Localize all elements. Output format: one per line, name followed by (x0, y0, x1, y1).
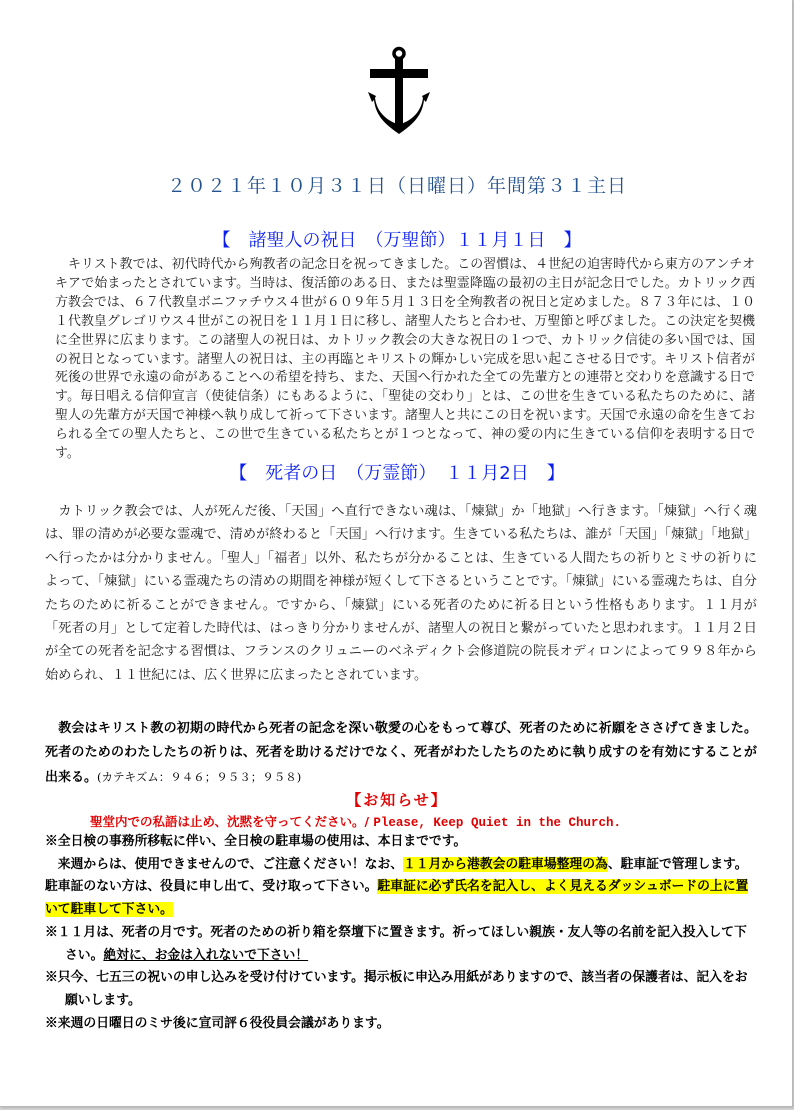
notice-item-parking-permit: 来週からは、使用できませんので、ご注意ください！なお、１１月から港教会の駐車場整… (45, 854, 757, 922)
prayer-box-warning: 絶対に、お金は入れないで下さい！ (103, 948, 308, 963)
all-souls-body: カトリック教会では、人が死んだ後、「天国」へ直行できない魂は、「煉獄」か「地獄」… (45, 500, 757, 687)
catechism-reference: (カテキズム：９４６；９５３；９５８) (97, 770, 301, 784)
document-page: ２０２１年１０月３１日（日曜日）年間第３１主日 【 諸聖人の祝日 （万聖節）１１… (0, 0, 793, 1107)
all-saints-body: キリスト教では、初代時代から殉教者の記念日を祝ってきました。この習慣は、４世紀の… (55, 256, 755, 464)
notice-item-parking-closure: ※全日検の事務所移転に伴い、全日検の駐車場の使用は、本日までです。 (45, 831, 757, 854)
notice-item-prayer-box: ※１１月は、死者の月です。死者のための祈り箱を祭壇下に置きます。祈ってほしい親族… (45, 922, 757, 967)
notices-title: 【お知らせ】 (0, 790, 794, 810)
date-title: ２０２１年１０月３１日（日曜日）年間第３１主日 (0, 174, 794, 198)
notices-list: ※全日検の事務所移転に伴い、全日検の駐車場の使用は、本日までです。 来週からは、… (45, 831, 757, 1035)
catechism-paragraph: 教会はキリスト教の初期の時代から死者の記念を深い敬愛の心をもって尊び、死者のため… (45, 717, 757, 790)
notice-item-meeting: ※来週の日曜日のミサ後に宣司評６役役員会議があります。 (45, 1013, 757, 1036)
quiet-request-en: Please, Keep Quiet in the Church. (373, 816, 621, 830)
anchor-icon (368, 46, 430, 138)
notice-item-shichigosan: ※只今、七五三の祝いの申し込みを受け付けています。掲示板に申込み用紙がありますの… (45, 967, 757, 1012)
section-title-all-saints: 【 諸聖人の祝日 （万聖節）１１月１日 】 (0, 230, 794, 252)
quiet-request-jp: 聖堂内での私語は止め、沈黙を守ってください。/ (90, 814, 373, 829)
section-title-all-souls: 【 死者の日 （万霊節） １１月2日 】 (0, 463, 794, 485)
parking-permit-text-1: 来週からは、使用できませんので、ご注意ください！なお、 (45, 857, 403, 872)
parking-permit-highlight-1: １１月から港教会の駐車場整理の為 (403, 857, 608, 872)
quiet-request: 聖堂内での私語は止め、沈黙を守ってください。/ Please, Keep Qui… (90, 813, 621, 832)
